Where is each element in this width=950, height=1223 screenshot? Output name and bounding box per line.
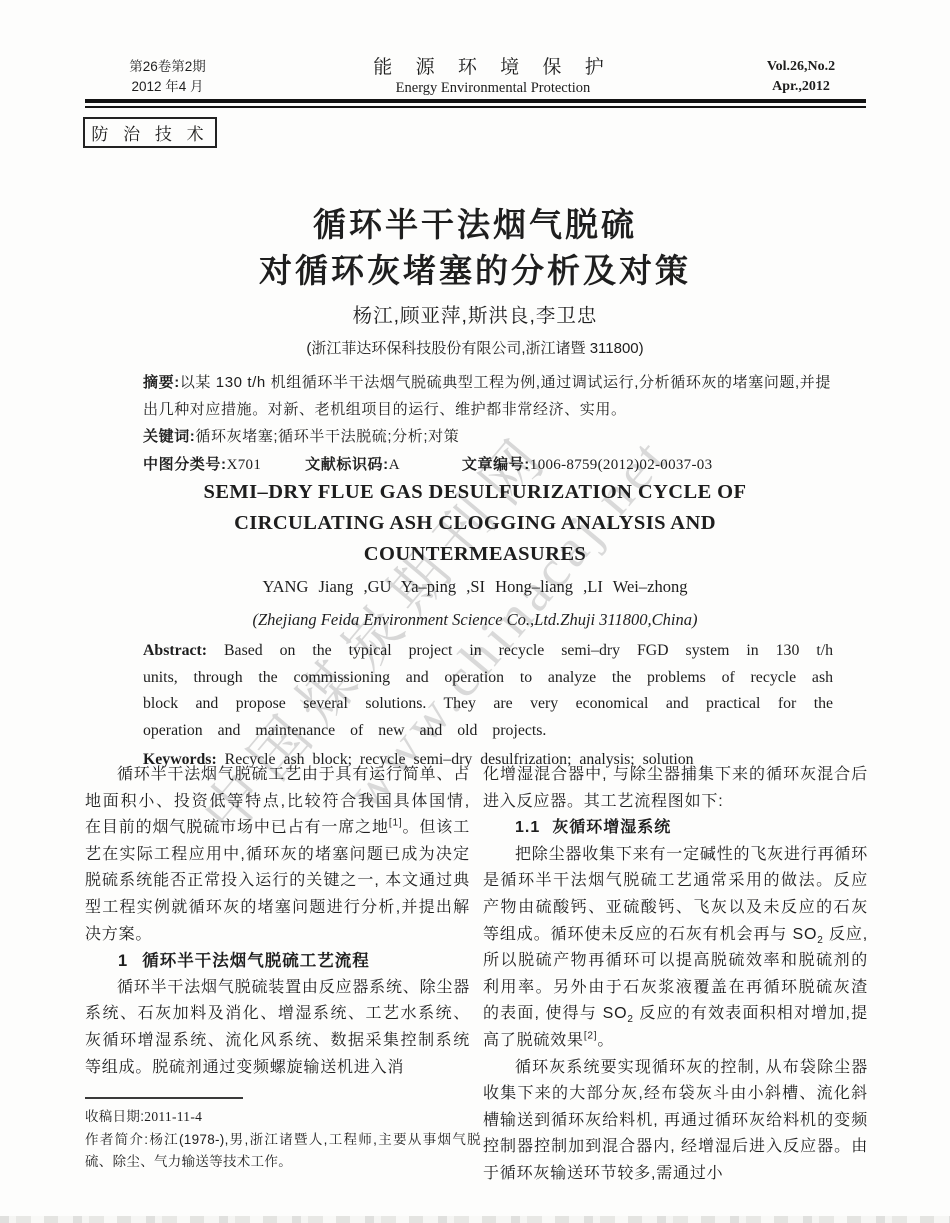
journal-name: 能 源 环 境 保 护 Energy Environmental Protect…	[250, 57, 736, 98]
section-1-title: 循环半干法烟气脱硫工艺流程	[142, 952, 370, 970]
article-title-en-line3: COUNTERMEASURES	[0, 539, 950, 570]
abstract-en-spacer	[207, 642, 224, 659]
authors-en: YANG Jiang ,GU Ya–ping ,SI Hong–liang ,L…	[0, 577, 950, 597]
abstract-en-text: Based on the typical project in recycle …	[143, 642, 833, 739]
issue-date-en: Apr.,2012	[736, 77, 866, 97]
doc-code-value: A	[389, 457, 400, 473]
column-tag-label: 防 治 技 术	[91, 120, 208, 145]
article-title-cn-line1: 循环半干法烟气脱硫	[0, 202, 950, 248]
journal-name-cn: 能 源 环 境 保 护	[250, 57, 736, 78]
abstract-en-label: Abstract:	[143, 642, 207, 659]
clc-segment: 中图分类号:X701	[143, 451, 261, 479]
issue-volume-en: Vol.26,No.2	[736, 57, 866, 77]
abstract-cn-text: 以某 130 t/h 机组循环半干法烟气脱硫典型工程为例,通过调试运行,分析循环…	[143, 374, 831, 418]
ref-marker-1: [1]	[389, 818, 403, 829]
journal-name-en: Energy Environmental Protection	[250, 79, 736, 98]
article-title-en-line2: CIRCULATING ASH CLOGGING ANALYSIS AND	[0, 508, 950, 539]
column-tag-box: 防 治 技 术	[83, 117, 217, 148]
author-bio-label: 作者简介:	[85, 1132, 148, 1147]
author-bio-line: 作者简介:杨江(1978-),男,浙江诸暨人,工程师,主要从事烟气脱硫、除尘、气…	[85, 1129, 481, 1174]
received-date-line: 收稿日期:2011-11-4	[85, 1106, 481, 1129]
clc-label: 中图分类号:	[143, 456, 227, 473]
article-title-en: SEMI–DRY FLUE GAS DESULFURIZATION CYCLE …	[0, 477, 950, 570]
doc-code-label: 文献标识码:	[305, 456, 389, 473]
received-date-label: 收稿日期:	[85, 1109, 144, 1124]
issue-info-en: Vol.26,No.2 Apr.,2012	[736, 57, 866, 98]
issue-date-cn: 2012 年4 月	[85, 77, 250, 97]
issue-volume-cn: 第26卷第2期	[85, 57, 250, 77]
ash-text-a: 把除尘器收集下来有一定碱性的飞灰进行再循环是循环半干法烟气脱硫工艺通常采用的做法…	[483, 846, 868, 943]
ref-marker-2: [2]	[584, 1031, 598, 1042]
journal-header: 第26卷第2期 2012 年4 月 能 源 环 境 保 护 Energy Env…	[85, 57, 866, 98]
intro-text-b: 。但该工艺在实际工程应用中,循环灰的堵塞问题已成为决定脱硫系统能否正常投入运行的…	[85, 819, 470, 942]
affiliation-cn: (浙江菲达环保科技股份有限公司,浙江诸暨 311800)	[0, 337, 950, 358]
journal-page: 中国煤炭期刊网 www.chinacaj.net 第26卷第2期 2012 年4…	[0, 0, 950, 1223]
section-1-1-title: 灰循环增湿系统	[552, 819, 671, 836]
article-title-cn: 循环半干法烟气脱硫 对循环灰堵塞的分析及对策	[0, 202, 950, 294]
header-rule-thick	[85, 99, 866, 103]
article-title-en-line1: SEMI–DRY FLUE GAS DESULFURIZATION CYCLE …	[0, 477, 950, 508]
affiliation-en: (Zhejiang Feida Environment Science Co.,…	[0, 610, 950, 630]
scan-noise-strip	[0, 1216, 950, 1223]
keywords-cn-row: 关键词:循环灰堵塞;循环半干法脱硫;分析;对策	[143, 423, 831, 450]
authors-cn: 杨江,顾亚萍,斯洪良,李卫忠	[0, 300, 950, 328]
abstract-cn-paragraph: 摘要:以某 130 t/h 机组循环半干法烟气脱硫典型工程为例,通过调试运行,分…	[143, 369, 831, 423]
footnote-rule	[85, 1097, 243, 1099]
ash-control-paragraph: 循环灰系统要实现循环灰的控制, 从布袋除尘器收集下来的大部分灰,经布袋灰斗由小斜…	[483, 1055, 868, 1188]
issue-info-cn: 第26卷第2期 2012 年4 月	[85, 57, 250, 98]
doc-code-segment: 文献标识码:A	[305, 451, 400, 479]
article-no-label: 文章编号:	[462, 456, 530, 473]
footnote-block: 收稿日期:2011-11-4 作者简介:杨江(1978-),男,浙江诸暨人,工程…	[85, 1097, 481, 1174]
article-no-value: 1006-8759(2012)02-0037-03	[530, 457, 712, 473]
ash-text-d: 。	[597, 1032, 614, 1049]
section-1-paragraph: 循环半干法烟气脱硫装置由反应器系统、除尘器系统、石灰加料及消化、增湿系统、工艺水…	[85, 975, 470, 1081]
right-column: 化增湿混合器中, 与除尘器捕集下来的循环灰混合后进入反应器。其工艺流程图如下: …	[483, 762, 868, 1188]
section-heading-1-1: 1.1灰循环增湿系统	[483, 815, 868, 842]
keywords-cn-text: 循环灰堵塞;循环半干法脱硫;分析;对策	[195, 428, 459, 445]
clc-value: X701	[227, 457, 262, 473]
article-title-cn-line2: 对循环灰堵塞的分析及对策	[0, 248, 950, 294]
header-rule-thin	[85, 106, 866, 108]
ash-circulation-paragraph: 把除尘器收集下来有一定碱性的飞灰进行再循环是循环半干法烟气脱硫工艺通常采用的做法…	[483, 842, 868, 1055]
keywords-cn-label: 关键词:	[143, 428, 195, 445]
section-heading-1: 1循环半干法烟气脱硫工艺流程	[85, 948, 470, 975]
section-1-1-number: 1.1	[515, 819, 540, 836]
section-1-number: 1	[118, 952, 128, 970]
abstract-en-paragraph: Abstract: Based on the typical project i…	[143, 638, 833, 744]
section-1-paragraph-cont: 化增湿混合器中, 与除尘器捕集下来的循环灰混合后进入反应器。其工艺流程图如下:	[483, 762, 868, 815]
received-date-value: 2011-11-4	[144, 1109, 202, 1124]
meta-row: 中图分类号:X701 文献标识码:A 文章编号:1006-8759(2012)0…	[143, 451, 831, 479]
intro-paragraph: 循环半干法烟气脱硫工艺由于具有运行简单、占地面积小、投资低等特点,比较符合我国具…	[85, 762, 470, 948]
article-no-segment: 文章编号:1006-8759(2012)02-0037-03	[462, 451, 712, 479]
abstract-cn-label: 摘要:	[143, 374, 180, 391]
abstract-cn-block: 摘要:以某 130 t/h 机组循环半干法烟气脱硫典型工程为例,通过调试运行,分…	[143, 369, 831, 479]
